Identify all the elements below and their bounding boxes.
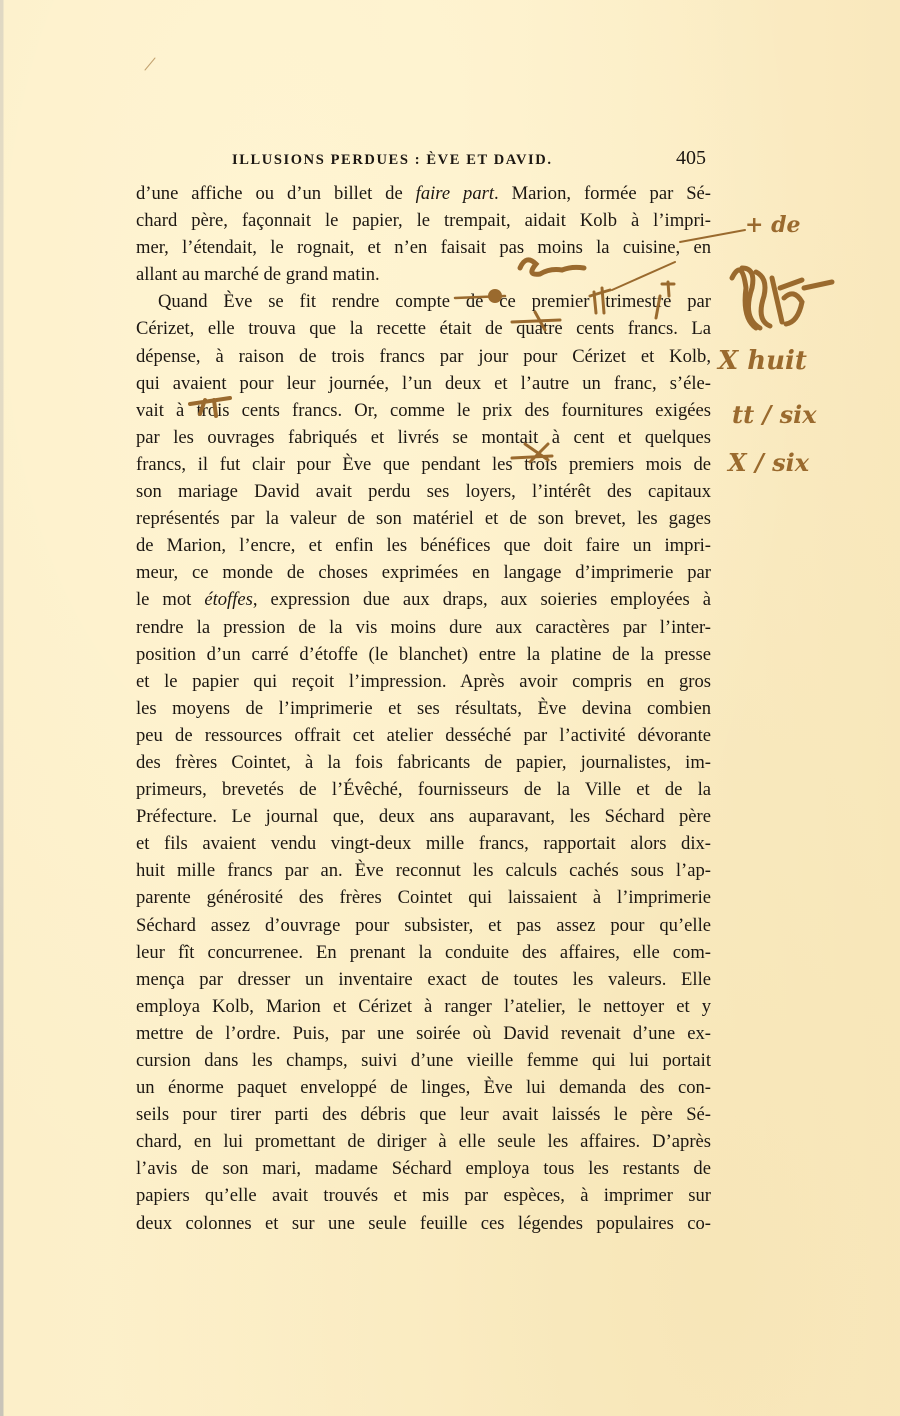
text-line: qui avaient pour leur journée, l’un deux… xyxy=(136,370,711,397)
text-line: employa Kolb, Marion et Cérizet à ranger… xyxy=(136,993,711,1020)
text-line: un énorme paquet enveloppé de linges, Èv… xyxy=(136,1074,711,1101)
text-line: Cérizet, elle trouva que la recette étai… xyxy=(136,315,711,342)
text-line: chard, en lui promettant de diriger à el… xyxy=(136,1128,711,1155)
text-line: mettre de l’ordre. Puis, par une soirée … xyxy=(136,1020,711,1047)
text-line: l’avis de son mari, madame Séchard emplo… xyxy=(136,1155,711,1182)
text-line: d’une affiche ou d’un billet de faire pa… xyxy=(136,180,711,207)
italic-term: faire part xyxy=(416,183,494,204)
text-line: deux colonnes et sur une seule feuille c… xyxy=(136,1210,711,1237)
text-line: mer, l’étendait, le rognait, et n’en fai… xyxy=(136,234,711,261)
text-line: peu de ressources offrait cet atelier de… xyxy=(136,722,711,749)
text-line: vait à trois cents francs. Or, comme le … xyxy=(136,397,711,424)
text-line: primeurs, brevetés de l’Évêché, fourniss… xyxy=(136,776,711,803)
margin-scribble xyxy=(722,258,842,338)
text-line: et le papier qui reçoit l’impression. Ap… xyxy=(136,668,711,695)
text-line: seils pour tirer parti des débris que le… xyxy=(136,1101,711,1128)
stray-mark xyxy=(145,58,155,70)
margin-note-six-1: tt / six xyxy=(732,400,817,429)
text-line: francs, il fut clair pour Ève que pendan… xyxy=(136,451,711,478)
italic-term: étoffes xyxy=(204,589,253,610)
text-line: chard père, façonnait le papier, le trem… xyxy=(136,207,711,234)
text-line: des frères Cointet, à la fois fabricants… xyxy=(136,749,711,776)
text-line: représentés par la valeur de son matérie… xyxy=(136,505,711,532)
text-line: par les ouvrages fabriqués et livrés se … xyxy=(136,424,711,451)
text-line: et fils avaient vendu vingt-deux mille f… xyxy=(136,830,711,857)
text-line: le mot étoffes, expression due aux draps… xyxy=(136,586,711,613)
page-number: 405 xyxy=(676,147,706,170)
text-line: dépense, à raison de trois francs par jo… xyxy=(136,343,711,370)
text-line: meur, ce monde de choses exprimées en la… xyxy=(136,559,711,586)
margin-note-huit: X huit xyxy=(718,346,807,376)
text-line: Quand Ève se fit rendre compte de ce pre… xyxy=(136,288,711,315)
margin-note-insert-de: + de xyxy=(745,212,800,238)
text-line: cursion dans les champs, suivi d’une vie… xyxy=(136,1047,711,1074)
text-line: papiers qu’elle avait trouvés et mis par… xyxy=(136,1182,711,1209)
running-head: ILLUSIONS PERDUES : ÈVE ET DAVID. 405 xyxy=(232,149,712,173)
text-line: mença par dresser un inventaire exact de… xyxy=(136,966,711,993)
text-line: de Marion, l’encre, et enfin les bénéfic… xyxy=(136,532,711,559)
margin-note-six-2: X / six xyxy=(728,448,809,477)
text-line: Séchard assez d’ouvrage pour subsister, … xyxy=(136,912,711,939)
text-line: les moyens de l’imprimerie et ses résult… xyxy=(136,695,711,722)
book-page: ILLUSIONS PERDUES : ÈVE ET DAVID. 405 d’… xyxy=(0,0,900,1416)
body-text: d’une affiche ou d’un billet de faire pa… xyxy=(136,180,711,1237)
text-line: son mariage David avait perdu ses loyers… xyxy=(136,478,711,505)
text-line: parente générosité des frères Cointet qu… xyxy=(136,884,711,911)
text-line: leur fît concurrenee. En prenant la cond… xyxy=(136,939,711,966)
text-line: Préfecture. Le journal que, deux ans aup… xyxy=(136,803,711,830)
text-line: rendre la pression de la vis moins dure … xyxy=(136,614,711,641)
text-line: huit mille francs par an. Ève reconnut l… xyxy=(136,857,711,884)
running-title: ILLUSIONS PERDUES : ÈVE ET DAVID. xyxy=(232,152,553,169)
text-line: position d’un carré d’étoffe (le blanche… xyxy=(136,641,711,668)
text-line: allant au marché de grand matin. xyxy=(136,261,711,288)
